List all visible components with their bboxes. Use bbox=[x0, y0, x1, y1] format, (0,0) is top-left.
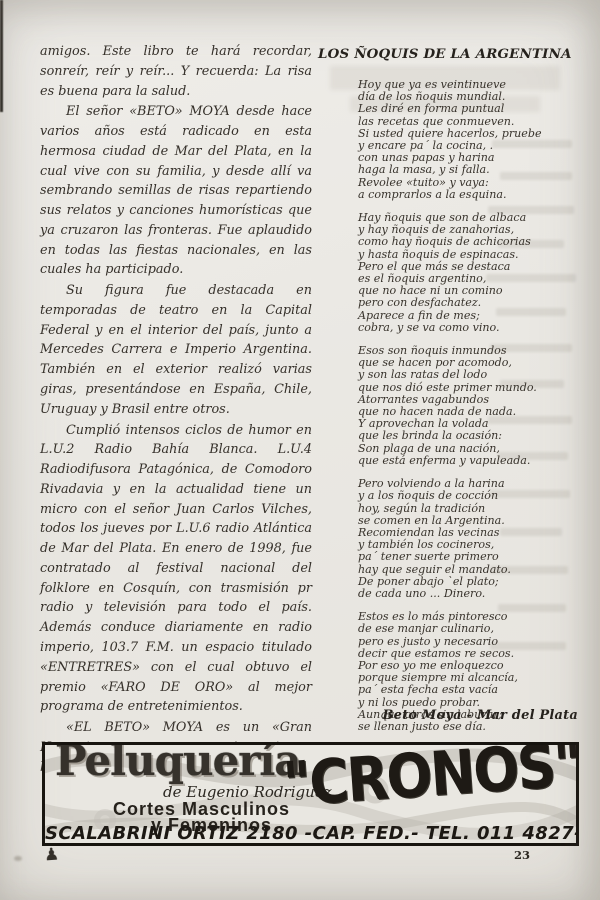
article-paragraph: Su figura fue destacada en temporadas de… bbox=[40, 281, 312, 419]
scan-smudge-artifact bbox=[14, 856, 22, 861]
article-paragraph: Cumplió intensos ciclos de humor en L.U.… bbox=[40, 421, 312, 717]
poem-stanza: Pero volviendo a la harina y a los ñoqui… bbox=[358, 478, 580, 600]
poem-stanza: Hoy que ya es veintinueve día de los ñoq… bbox=[358, 79, 580, 201]
scan-edge-artifact bbox=[0, 0, 3, 112]
poem-stanza: Esos son ñoquis inmundos que se hacen po… bbox=[358, 345, 580, 467]
poem-signature: Beto Moya - Mar del Plata bbox=[358, 708, 578, 723]
ad-business-name: Peluquería bbox=[55, 742, 301, 785]
ad-box-peluqueria-cronos: Peluquería de Eugenio Rodriguez Cortes M… bbox=[42, 742, 579, 846]
scanned-magazine-page: amigos. Este libro te hará recordar, son… bbox=[0, 0, 600, 900]
stamp-mark: ♟ bbox=[43, 844, 60, 865]
article-column: amigos. Este libro te hará recordar, son… bbox=[40, 42, 312, 844]
article-paragraph: El señor «BETO» MOYA desde hace varios a… bbox=[40, 102, 312, 280]
poem-stanza: Hay ñoquis que son de albaca y hay ñoqui… bbox=[358, 212, 580, 334]
ad-address-phone: SCALABRINI ORTIZ 2180 -CAP. FED.- TEL. 0… bbox=[45, 823, 576, 844]
page-number: 23 bbox=[514, 848, 530, 862]
poem-column: Hoy que ya es veintinueve día de los ñoq… bbox=[358, 79, 580, 744]
poem-title: LOS ÑOQUIS DE LA ARGENTINA bbox=[318, 46, 580, 62]
article-paragraph: amigos. Este libro te hará recordar, son… bbox=[40, 42, 312, 101]
